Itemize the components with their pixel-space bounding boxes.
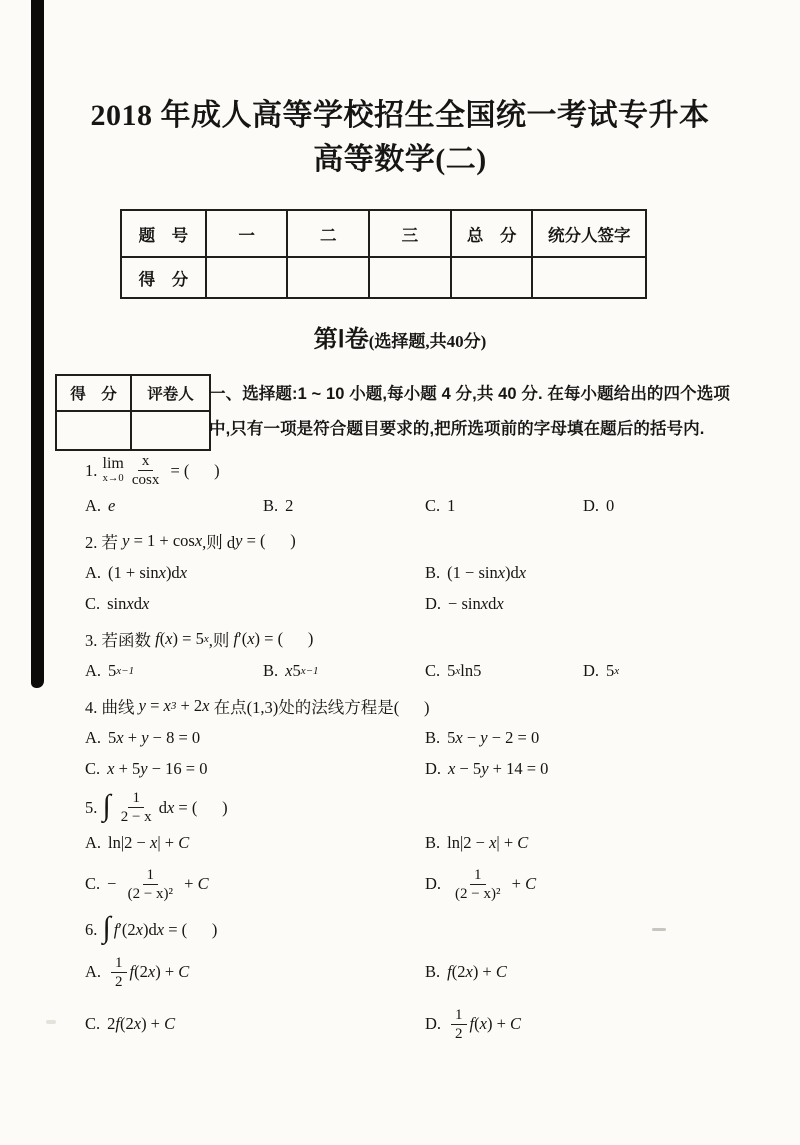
question-stem: 3. 若函数 f(x) = 5x,则 f′(x) = ( ) <box>85 624 775 654</box>
grader-score-box: 得 分 评卷人 <box>55 374 211 451</box>
option-row: A.12f(2x) + CB.f(2x) + C <box>85 946 775 998</box>
math-variable: C <box>164 1014 175 1034</box>
answer-option: D.12f(x) + C <box>425 998 521 1050</box>
fraction-denominator: 2 <box>111 973 127 991</box>
math-variable: y <box>139 696 146 716</box>
limit-label: lim <box>103 456 124 472</box>
exam-title-line2: 高等数学(二) <box>0 134 800 178</box>
math-variable: x <box>498 563 505 583</box>
math-text: (2 <box>452 962 466 982</box>
answer-option: C.2f(2x) + C <box>85 998 175 1050</box>
math-text: 3. 若函数 <box>85 627 155 651</box>
score-table-empty-cell <box>451 257 533 298</box>
math-text: + <box>508 874 526 894</box>
math-variable: x <box>455 728 462 748</box>
answer-option: C.sinxdx <box>85 588 149 619</box>
math-variable: x <box>519 563 526 583</box>
math-text: ,则 <box>209 627 234 651</box>
math-text: 4. 曲线 <box>85 694 139 718</box>
fraction-numerator: 1 <box>470 866 486 885</box>
math-text: + <box>180 874 198 894</box>
option-row: C.− 1(2 − x)² + CD.1(2 − x)² + C <box>85 858 775 910</box>
option-label: B. <box>425 563 440 583</box>
math-text: 1. <box>85 461 102 481</box>
math-variable: x <box>247 629 254 649</box>
math-variable: y <box>235 531 242 551</box>
math-fraction: xcosx <box>128 452 164 489</box>
grader-box-empty-cell <box>56 411 131 450</box>
option-row: A.(1 + sinx)dxB.(1 − sinx)dx <box>85 557 775 588</box>
math-text: ) = ( ) <box>255 629 314 649</box>
math-variable: C <box>178 962 189 982</box>
question-stem: 5. ∫12 − xdx = ( ) <box>85 789 775 826</box>
question-block: 3. 若函数 f(x) = 5x,则 f′(x) = ( )A.5x−1B.x5… <box>85 624 775 686</box>
section-instructions: 一、选择题:1 ~ 10 小题,每小题 4 分,共 40 分. 在每小题给出的四… <box>209 377 765 447</box>
instructions-line2: 中,只有一项是符合题目要求的,把所选项前的字母填在题后的括号内. <box>209 412 765 447</box>
math-text: 2. 若 <box>85 529 122 553</box>
math-text: ′(2 <box>118 920 135 940</box>
math-variable: x <box>134 1014 141 1034</box>
math-variable: e <box>108 496 115 516</box>
limit-subscript: x→0 <box>103 474 124 485</box>
math-variable: y <box>480 728 487 748</box>
math-text: = ( ) <box>166 461 219 481</box>
math-text: ) = 5 <box>173 629 204 649</box>
option-label: D. <box>583 496 599 516</box>
option-row: A.5x + y − 8 = 0B.5x − y − 2 = 0 <box>85 722 775 753</box>
math-variable: x <box>157 920 164 940</box>
math-variable: x <box>285 661 292 681</box>
score-table-header-part1: 一 <box>206 210 288 257</box>
grader-box-score-label: 得 分 <box>56 375 131 411</box>
math-variable: x <box>180 563 187 583</box>
answer-option: A.12f(2x) + C <box>85 946 189 998</box>
score-table-row-label: 得 分 <box>121 257 206 298</box>
math-text: 在点(1,3)处的法线方程是( ) <box>209 694 429 718</box>
math-variable: x <box>116 728 123 748</box>
fraction-numerator: 1 <box>451 1006 467 1025</box>
option-label: D. <box>425 874 441 894</box>
math-text: 1 <box>447 496 455 516</box>
math-text: − 5 <box>455 759 481 779</box>
math-text: 6. <box>85 920 102 940</box>
math-text: ) + <box>155 962 178 982</box>
option-label: C. <box>85 874 100 894</box>
option-label: A. <box>85 496 101 516</box>
math-text: ln|2 − <box>108 833 150 853</box>
math-text: (1 − sin <box>447 563 498 583</box>
question-block: 5. ∫12 − xdx = ( )A.ln|2 − x| + CB.ln|2 … <box>85 789 775 910</box>
question-stem: 6. ∫f′(2x)dx = ( ) <box>85 915 775 945</box>
math-text: + 14 = 0 <box>489 759 549 779</box>
math-variable: x <box>142 594 149 614</box>
option-label: C. <box>425 496 440 516</box>
score-summary-table: 题 号 一 二 三 总 分 统分人签字 得 分 <box>120 209 647 299</box>
option-label: C. <box>425 661 440 681</box>
math-text: d <box>134 594 142 614</box>
option-label: B. <box>425 833 440 853</box>
answer-option: C.− 1(2 − x)² + C <box>85 858 209 910</box>
math-text: − 16 = 0 <box>148 759 208 779</box>
fraction-denominator: (2 − x)² <box>451 885 504 903</box>
math-variable: C <box>496 962 507 982</box>
answer-option: B.(1 − sinx)dx <box>425 557 526 588</box>
math-variable: x <box>195 531 202 551</box>
option-row: A.eB.2C.1D.0 <box>85 490 775 521</box>
math-variable: x <box>150 833 157 853</box>
fraction-numerator: x <box>138 452 154 471</box>
math-text: )d <box>166 563 180 583</box>
score-table-header-total: 总 分 <box>451 210 533 257</box>
math-text: − sin <box>448 594 481 614</box>
question-block: 6. ∫f′(2x)dx = ( )A.12f(2x) + CB.f(2x) +… <box>85 915 775 1050</box>
answer-option: D.0 <box>583 490 614 521</box>
math-fraction: 12 <box>451 1006 467 1043</box>
exam-page: 2018 年成人高等学校招生全国统一考试专升本 高等数学(二) 题 号 一 二 … <box>0 0 800 1145</box>
math-variable: x <box>165 629 172 649</box>
answer-option: D.− sinxdx <box>425 588 504 619</box>
math-text: d <box>159 798 167 818</box>
option-label: C. <box>85 1014 100 1034</box>
math-variable: x <box>202 696 209 716</box>
math-text: 5. <box>85 798 102 818</box>
fraction-denominator: (2 − x)² <box>124 885 177 903</box>
math-text: sin <box>107 594 126 614</box>
option-label: A. <box>85 563 101 583</box>
answer-option: D.5x <box>583 655 619 686</box>
math-variable: x <box>159 563 166 583</box>
math-text: 2 <box>107 1014 115 1034</box>
question-block: 4. 曲线 y = x3 + 2x 在点(1,3)处的法线方程是( )A.5x … <box>85 691 775 784</box>
math-text: − 8 = 0 <box>149 728 201 748</box>
math-text: ) + <box>141 1014 164 1034</box>
math-variable: x <box>465 962 472 982</box>
math-fraction: 1(2 − x)² <box>451 866 504 903</box>
score-table-header-part2: 二 <box>287 210 369 257</box>
math-text: (2 <box>120 1014 134 1034</box>
math-text: 2 <box>285 496 293 516</box>
math-variable: C <box>198 874 209 894</box>
answer-option: A.ln|2 − x| + C <box>85 827 189 858</box>
math-text: )d <box>505 563 519 583</box>
section-heading-sub: (选择题,共40分) <box>369 332 487 351</box>
math-variable: x <box>480 1014 487 1034</box>
option-label: A. <box>85 833 101 853</box>
answer-option: B.x5x−1 <box>263 655 319 686</box>
math-variable: y <box>140 759 147 779</box>
instructions-line1: 一、选择题:1 ~ 10 小题,每小题 4 分,共 40 分. 在每小题给出的四… <box>209 377 765 412</box>
score-table-empty-cell <box>369 257 451 298</box>
math-variable: C <box>178 833 189 853</box>
answer-option: A.e <box>85 490 115 521</box>
math-text: )d <box>143 920 157 940</box>
math-text: | + <box>496 833 517 853</box>
math-variable: x <box>164 696 171 716</box>
math-text: = 1 + cos <box>129 531 194 551</box>
score-table-empty-cell <box>532 257 646 298</box>
math-text: ln5 <box>460 661 481 681</box>
math-variable: C <box>517 833 528 853</box>
math-text: 5 <box>292 661 300 681</box>
option-label: A. <box>85 728 101 748</box>
answer-option: A.(1 + sinx)dx <box>85 557 187 588</box>
math-text: + 5 <box>114 759 140 779</box>
option-row: C.sinxdxD.− sinxdx <box>85 588 775 619</box>
option-label: D. <box>583 661 599 681</box>
math-variable: y <box>122 531 129 551</box>
fraction-denominator: cosx <box>128 471 164 489</box>
math-variable: x <box>148 962 155 982</box>
math-variable: x <box>481 594 488 614</box>
integral-sign: ∫ <box>103 791 111 821</box>
answer-option: C.1 <box>425 490 455 521</box>
option-label: A. <box>85 962 101 982</box>
math-text: − <box>107 874 120 894</box>
fraction-denominator: 2 − x <box>117 808 156 826</box>
math-variable: x <box>167 798 174 818</box>
integral-sign: ∫ <box>103 913 111 943</box>
question-stem: 4. 曲线 y = x3 + 2x 在点(1,3)处的法线方程是( ) <box>85 691 775 721</box>
answer-option: B.2 <box>263 490 293 521</box>
option-label: B. <box>425 962 440 982</box>
option-label: B. <box>263 661 278 681</box>
math-text: − <box>463 728 481 748</box>
math-text: (2 <box>134 962 148 982</box>
math-fraction: 12 <box>111 954 127 991</box>
answer-option: A.5x−1 <box>85 655 134 686</box>
math-text: (1 + sin <box>108 563 159 583</box>
math-text: ln|2 − <box>447 833 489 853</box>
question-block: 2. 若 y = 1 + cosx,则 dy = ( )A.(1 + sinx)… <box>85 526 775 619</box>
math-fraction: 1(2 − x)² <box>124 866 177 903</box>
score-table-header-number: 题 号 <box>121 210 206 257</box>
answer-option: B.ln|2 − x| + C <box>425 827 528 858</box>
question-list: 1. limx→0xcosx = ( )A.eB.2C.1D.02. 若 y =… <box>85 452 775 1055</box>
score-table-header-part3: 三 <box>369 210 451 257</box>
option-row: A.ln|2 − x| + CB.ln|2 − x| + C <box>85 827 775 858</box>
fraction-numerator: 1 <box>128 789 144 808</box>
option-row: C.x + 5y − 16 = 0D.x − 5y + 14 = 0 <box>85 753 775 784</box>
option-label: D. <box>425 759 441 779</box>
answer-option: C.5xln5 <box>425 655 481 686</box>
math-text: 0 <box>606 496 614 516</box>
math-variable: x <box>496 594 503 614</box>
answer-option: A.5x + y − 8 = 0 <box>85 722 200 753</box>
answer-option: D.x − 5y + 14 = 0 <box>425 753 548 784</box>
option-label: C. <box>85 594 100 614</box>
question-block: 1. limx→0xcosx = ( )A.eB.2C.1D.0 <box>85 452 775 521</box>
section-heading-main: 第Ⅰ卷 <box>314 327 369 353</box>
option-label: D. <box>425 1014 441 1034</box>
fraction-numerator: 1 <box>143 866 159 885</box>
exam-title-line1: 2018 年成人高等学校招生全国统一考试专升本 <box>0 90 800 134</box>
math-variable: x <box>107 759 114 779</box>
math-variable: x <box>136 920 143 940</box>
grader-box-grader-label: 评卷人 <box>131 375 210 411</box>
answer-option: B.f(2x) + C <box>425 946 507 998</box>
option-label: C. <box>85 759 100 779</box>
score-table-empty-cell <box>206 257 288 298</box>
option-row: A.5x−1B.x5x−1C.5xln5D.5x <box>85 655 775 686</box>
math-variable: y <box>481 759 488 779</box>
option-label: A. <box>85 661 101 681</box>
question-stem: 2. 若 y = 1 + cosx,则 dy = ( ) <box>85 526 775 556</box>
math-text: + <box>124 728 142 748</box>
fraction-denominator: 2 <box>451 1025 467 1043</box>
scan-speck <box>46 1020 56 1024</box>
answer-option: B.5x − y − 2 = 0 <box>425 722 539 753</box>
option-row: C.2f(2x) + CD.12f(x) + C <box>85 998 775 1050</box>
math-text: ) + <box>473 962 496 982</box>
math-text: ) + <box>487 1014 510 1034</box>
option-label: B. <box>425 728 440 748</box>
math-text: = <box>146 696 164 716</box>
math-text: + 2 <box>176 696 202 716</box>
math-variable: y <box>141 728 148 748</box>
grader-box-empty-cell <box>131 411 210 450</box>
limit-operator: limx→0 <box>103 456 124 485</box>
math-text: ′( <box>238 629 247 649</box>
math-variable: x <box>489 833 496 853</box>
math-fraction: 12 − x <box>117 789 156 826</box>
score-table-empty-cell <box>287 257 369 298</box>
math-text: = ( ) <box>174 798 227 818</box>
section-heading: 第Ⅰ卷(选择题,共40分) <box>0 319 800 354</box>
answer-option: C.x + 5y − 16 = 0 <box>85 753 207 784</box>
math-variable: C <box>525 874 536 894</box>
math-text: = ( ) <box>164 920 217 940</box>
math-text: ,则 d <box>202 529 235 553</box>
option-label: B. <box>263 496 278 516</box>
math-variable: x <box>126 594 133 614</box>
math-text: | + <box>157 833 178 853</box>
option-label: D. <box>425 594 441 614</box>
math-text: − 2 = 0 <box>488 728 540 748</box>
answer-option: D.1(2 − x)² + C <box>425 858 536 910</box>
question-stem: 1. limx→0xcosx = ( ) <box>85 452 775 489</box>
math-variable: C <box>510 1014 521 1034</box>
math-text: = ( ) <box>242 531 295 551</box>
math-variable: x <box>448 759 455 779</box>
fraction-numerator: 1 <box>111 954 127 973</box>
score-table-header-signature: 统分人签字 <box>532 210 646 257</box>
